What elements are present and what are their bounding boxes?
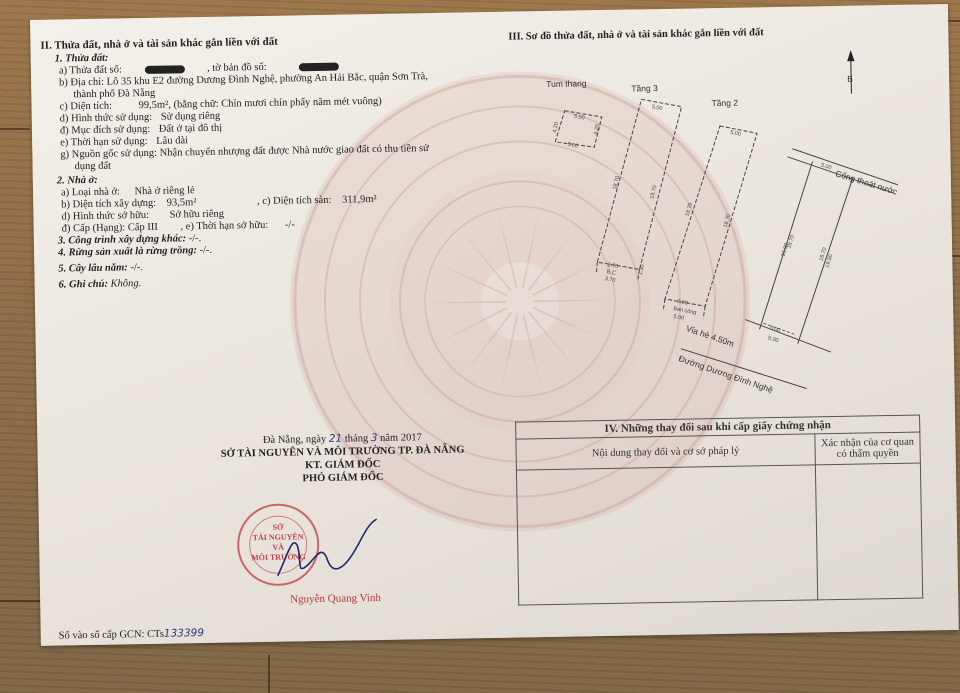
purpose-value: Đất ở tại đô thị	[159, 123, 222, 135]
other-construction-value: -/-.	[189, 233, 202, 244]
house-heading: 2. Nhà ở:	[57, 175, 98, 188]
house-type-label: a) Loại nhà ở:	[61, 186, 120, 198]
land-certificate-page: II. Thửa đất, nhà ở và tài sản khác gắn …	[30, 4, 959, 646]
handwritten-signature	[267, 514, 388, 586]
svg-text:1.30: 1.30	[638, 264, 646, 276]
svg-text:5.00: 5.00	[573, 114, 585, 122]
address-label: b) Địa chỉ:	[59, 77, 104, 89]
col-header-confirmation: Xác nhận của cơ quan có thẩm quyền	[815, 432, 921, 465]
svg-text:5.00: 5.00	[673, 314, 685, 322]
changes-confirmation-cell	[815, 463, 922, 600]
ownership-term-label: , e) Thời hạn sở hữu:	[180, 220, 268, 233]
signer-name: Nguyễn Quang Vinh	[290, 592, 381, 606]
origin-value-cont: dụng đất	[74, 161, 111, 174]
svg-text:5.00: 5.00	[651, 104, 663, 112]
floor-seam	[0, 128, 30, 130]
area-value: 99,5m², (bằng chữ: Chín mươi chín phẩy n…	[139, 96, 382, 111]
svg-text:5.00: 5.00	[567, 142, 579, 150]
term-label: e) Thời hạn sử dụng:	[60, 136, 148, 149]
svg-text:B: B	[847, 74, 853, 84]
svg-text:5.00: 5.00	[677, 299, 689, 307]
svg-text:18.70: 18.70	[649, 185, 658, 200]
svg-text:5.00: 5.00	[820, 162, 832, 171]
floor-seam	[268, 655, 270, 693]
forest-value: -/-.	[200, 245, 213, 256]
svg-text:4.20: 4.20	[552, 122, 560, 134]
issue-day: 21	[329, 433, 343, 445]
svg-text:3.70: 3.70	[604, 276, 616, 284]
site-plan-diagram: B Tum thang Tầng 3 Tầng 2 5.00 4.20 4.20…	[500, 34, 946, 402]
perennial-row: 5. Cây lâu năm: -/-.	[58, 262, 143, 276]
grade-value: Cấp III	[128, 222, 158, 234]
usage-form-value: Sử dụng riêng	[161, 111, 221, 123]
registry-number: 133399	[164, 627, 204, 640]
section-ii-title: II. Thửa đất, nhà ở và tài sản khác gắn …	[40, 36, 278, 52]
svg-text:5.00: 5.00	[730, 130, 742, 138]
forest-row: 4. Rừng sản xuất là rừng trồng: -/-.	[58, 245, 212, 260]
signature-block: Đà Nẵng, ngày 21 tháng 3 năm 2017 SỞ TÀI…	[207, 430, 478, 487]
forest-label: 4. Rừng sản xuất là rừng trồng:	[58, 245, 197, 258]
ownership-term-value: -/-	[285, 219, 295, 230]
floor-area-value: 311,9m²	[342, 194, 377, 206]
registry-label: Số vào sổ cấp GCN: CTs	[59, 629, 164, 642]
svg-text:4.20: 4.20	[593, 124, 601, 136]
ownership-label: d) Hình thức sở hữu:	[61, 210, 149, 223]
svg-text:Cống thoát nước: Cống thoát nước	[834, 168, 899, 197]
svg-text:18.70: 18.70	[685, 202, 695, 217]
svg-text:5.00: 5.00	[767, 335, 779, 344]
floor-area-label: , c) Diện tích sàn:	[257, 195, 332, 207]
map-sheet-label: , tờ bản đồ số:	[207, 62, 267, 74]
perennial-label: 5. Cây lâu năm:	[58, 262, 128, 274]
issue-month: 3	[371, 432, 378, 444]
svg-text:Tum thang: Tum thang	[546, 78, 587, 89]
svg-text:19.90: 19.90	[825, 254, 835, 269]
notes-label: 6. Ghi chú:	[59, 279, 108, 291]
parcel-number-label: a) Thửa đất số:	[59, 64, 122, 76]
confirm-header-line-2: có thẩm quyền	[820, 448, 916, 461]
registry-number-row: Số vào sổ cấp GCN: CTs133399	[59, 627, 204, 643]
svg-text:18.70: 18.70	[786, 234, 796, 249]
floor-seam	[0, 600, 40, 602]
changes-content-cell	[516, 465, 817, 605]
built-area-label: b) Diện tích xây dựng:	[61, 198, 156, 211]
svg-text:Tầng 3: Tầng 3	[631, 83, 658, 93]
usage-form-label: d) Hình thức sử dụng:	[60, 112, 153, 125]
changes-table: IV. Những thay đổi sau khi cấp giấy chứn…	[515, 415, 923, 606]
issue-year: năm 2017	[380, 432, 422, 444]
svg-text:5.00: 5.00	[769, 325, 781, 334]
grade-label: đ) Cấp (Hạng):	[62, 222, 126, 234]
svg-text:18.70: 18.70	[612, 175, 621, 190]
ownership-value: Sở hữu riêng	[169, 209, 224, 221]
built-area-value: 93,5m²	[167, 197, 197, 209]
confirm-header-line-1: Xác nhận của cơ quan	[819, 437, 915, 450]
purpose-label: đ) Mục đích sử dụng:	[60, 124, 150, 137]
term-value: Lâu dài	[156, 135, 188, 147]
origin-label: g) Nguồn gốc sử dụng:	[60, 148, 157, 161]
area-label: c) Diện tích:	[59, 101, 112, 113]
notes-value: Không.	[110, 278, 141, 290]
perennial-value: -/-.	[130, 262, 143, 273]
date-prefix: Đà Nẵng, ngày	[263, 434, 326, 446]
month-label: tháng	[345, 433, 369, 444]
svg-text:Tầng 2: Tầng 2	[711, 98, 738, 108]
redacted-parcel-number	[144, 65, 184, 74]
svg-text:Vỉa hè 4.50m: Vỉa hè 4.50m	[685, 323, 736, 349]
notes-row: 6. Ghi chú: Không.	[59, 278, 142, 292]
origin-value: Nhận chuyển nhượng đất được Nhà nước gia…	[160, 143, 429, 159]
house-type-value: Nhà ở riêng lẻ	[134, 185, 194, 197]
redacted-map-sheet-number	[299, 62, 339, 71]
other-construction-label: 3. Công trình xây dựng khác:	[58, 233, 186, 246]
